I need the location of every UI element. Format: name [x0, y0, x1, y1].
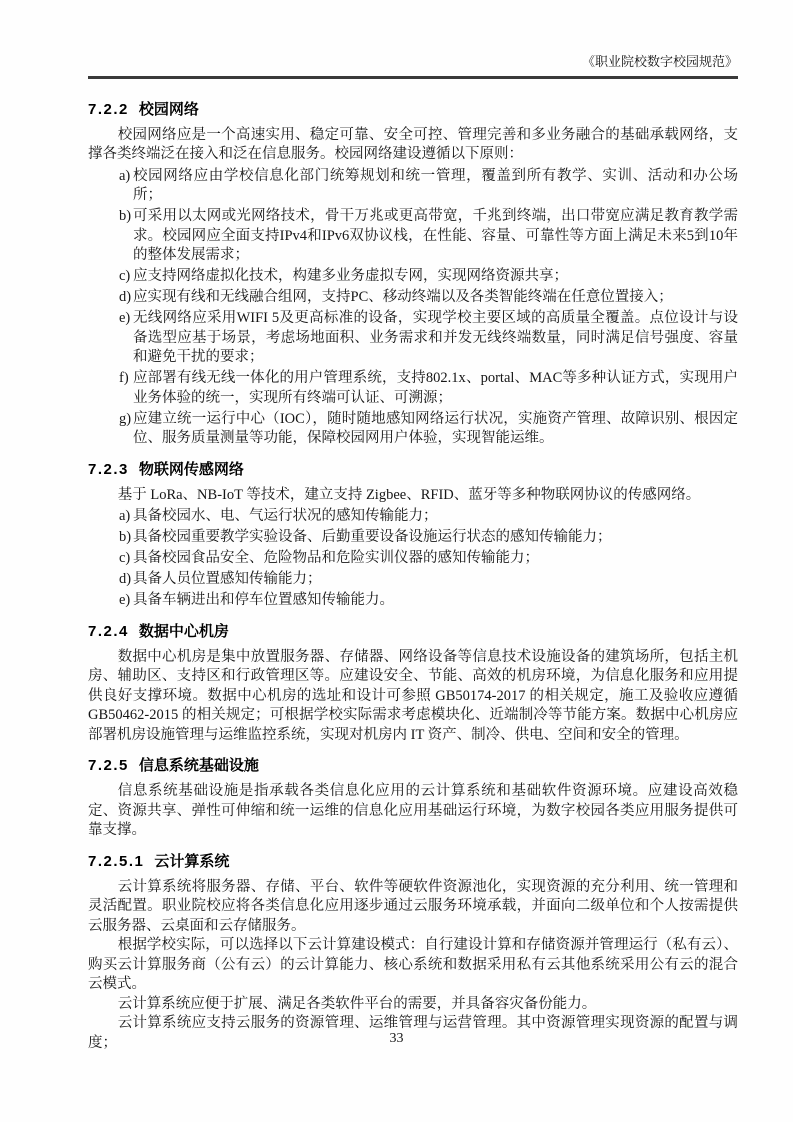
list-item-text: 校园网络应由学校信息化部门统筹规划和统一管理，覆盖到所有教学、实训、活动和办公场… [133, 168, 738, 204]
section-number: 7.2.2 [88, 101, 129, 118]
list-marker: c) [119, 267, 130, 287]
section-number: 7.2.3 [88, 461, 129, 478]
list-item: e) 无线网络应采用WIFI 5及更高标准的设备，实现学校主要区域的高质量全覆盖… [88, 309, 738, 368]
list-item: c) 具备校园食品安全、危险物品和危险实训仪器的感知传输能力； [88, 549, 738, 569]
document-page: 《职业院校数字校园规范》 7.2.2校园网络 校园网络应是一个高速实用、稳定可靠… [0, 0, 793, 1122]
list-item: d) 应实现有线和无线融合组网，支持PC、移动终端以及各类智能终端在任意位置接入… [88, 288, 738, 308]
header-rule [88, 76, 738, 79]
page-number: 33 [390, 1031, 404, 1046]
document-title: 《职业院校数字校园规范》 [582, 54, 738, 69]
ordered-list: a) 校园网络应由学校信息化部门统筹规划和统一管理，覆盖到所有教学、实训、活动和… [88, 167, 738, 449]
list-item-text: 应部署有线无线一体化的用户管理系统，支持802.1x、portal、MAC等多种… [133, 370, 738, 406]
list-item-text: 具备校园水、电、气运行状况的感知传输能力； [133, 508, 438, 524]
list-marker: f) [119, 369, 129, 389]
list-item: d) 具备人员位置感知传输能力； [88, 570, 738, 590]
paragraph: 云计算系统将服务器、存储、平台、软件等硬软件资源池化，实现资源的充分利用、统一管… [88, 878, 738, 937]
paragraph: 根据学校实际，可以选择以下云计算建设模式：自行建设计算和存储资源并管理运行（私有… [88, 936, 738, 995]
paragraph: 校园网络应是一个高速实用、稳定可靠、安全可控、管理完善和多业务融合的基础承载网络… [88, 126, 738, 165]
list-marker: e) [119, 591, 130, 611]
list-item-text: 可采用以太网或光网络技术，骨干万兆或更高带宽，千兆到终端，出口带宽应满足教育教学… [133, 208, 738, 263]
section-number: 7.2.5.1 [88, 853, 144, 870]
list-marker: g) [119, 410, 131, 430]
list-item-text: 应实现有线和无线融合组网，支持PC、移动终端以及各类智能终端在任意位置接入； [133, 289, 673, 305]
list-item: b) 具备校园重要教学实验设备、后勤重要设备设施运行状态的感知传输能力； [88, 528, 738, 548]
page-content: 《职业院校数字校园规范》 7.2.2校园网络 校园网络应是一个高速实用、稳定可靠… [88, 54, 738, 1053]
section-title: 数据中心机房 [139, 623, 229, 640]
section-title: 信息系统基础设施 [139, 757, 259, 774]
section-title: 云计算系统 [154, 853, 229, 870]
section-heading-data-center-room: 7.2.4数据中心机房 [88, 622, 738, 642]
list-marker: a) [119, 507, 130, 527]
section-title: 校园网络 [139, 101, 199, 118]
list-marker: a) [119, 167, 130, 187]
list-marker: b) [119, 207, 131, 227]
list-item-text: 应建立统一运行中心（IOC），随时随地感知网络运行状况，实施资产管理、故障识别、… [133, 411, 738, 447]
ordered-list: a) 具备校园水、电、气运行状况的感知传输能力； b) 具备校园重要教学实验设备… [88, 507, 738, 611]
section-heading-info-system-infrastructure: 7.2.5信息系统基础设施 [88, 756, 738, 776]
list-item-text: 无线网络应采用WIFI 5及更高标准的设备，实现学校主要区域的高质量全覆盖。点位… [133, 310, 738, 365]
list-item-text: 具备校园食品安全、危险物品和危险实训仪器的感知传输能力； [133, 550, 539, 566]
list-item: b) 可采用以太网或光网络技术，骨干万兆或更高带宽，千兆到终端，出口带宽应满足教… [88, 207, 738, 266]
list-item-text: 应支持网络虚拟化技术，构建多业务虚拟专网，实现网络资源共享； [133, 268, 568, 284]
list-item: e) 具备车辆进出和停车位置感知传输能力。 [88, 591, 738, 611]
list-item: g) 应建立统一运行中心（IOC），随时随地感知网络运行状况，实施资产管理、故障… [88, 410, 738, 449]
page-header: 《职业院校数字校园规范》 [88, 54, 738, 76]
section-title: 物联网传感网络 [139, 461, 244, 478]
paragraph: 数据中心机房是集中放置服务器、存储器、网络设备等信息技术设施设备的建筑场所，包括… [88, 648, 738, 746]
section-number: 7.2.5 [88, 757, 129, 774]
list-item: c) 应支持网络虚拟化技术，构建多业务虚拟专网，实现网络资源共享； [88, 267, 738, 287]
page-footer: 33 [0, 1031, 793, 1047]
section-number: 7.2.4 [88, 623, 129, 640]
list-marker: e) [119, 309, 130, 329]
section-heading-iot-sensor-network: 7.2.3物联网传感网络 [88, 460, 738, 480]
section-heading-campus-network: 7.2.2校园网络 [88, 100, 738, 120]
paragraph: 信息系统基础设施是指承载各类信息化应用的云计算系统和基础软件资源环境。应建设高效… [88, 782, 738, 841]
paragraph: 云计算系统应便于扩展、满足各类软件平台的需要，并具备容灾备份能力。 [88, 995, 738, 1015]
list-item-text: 具备车辆进出和停车位置感知传输能力。 [133, 592, 394, 608]
list-item-text: 具备人员位置感知传输能力； [133, 571, 322, 587]
list-marker: b) [119, 528, 131, 548]
list-marker: d) [119, 288, 131, 308]
list-item: a) 具备校园水、电、气运行状况的感知传输能力； [88, 507, 738, 527]
list-item: f) 应部署有线无线一体化的用户管理系统，支持802.1x、portal、MAC… [88, 369, 738, 408]
section-heading-cloud-computing-system: 7.2.5.1云计算系统 [88, 852, 738, 872]
list-item-text: 具备校园重要教学实验设备、后勤重要设备设施运行状态的感知传输能力； [133, 529, 612, 545]
paragraph: 基于 LoRa、NB-IoT 等技术，建立支持 Zigbee、RFID、蓝牙等多… [88, 486, 738, 506]
list-marker: d) [119, 570, 131, 590]
list-marker: c) [119, 549, 130, 569]
list-item: a) 校园网络应由学校信息化部门统筹规划和统一管理，覆盖到所有教学、实训、活动和… [88, 167, 738, 206]
